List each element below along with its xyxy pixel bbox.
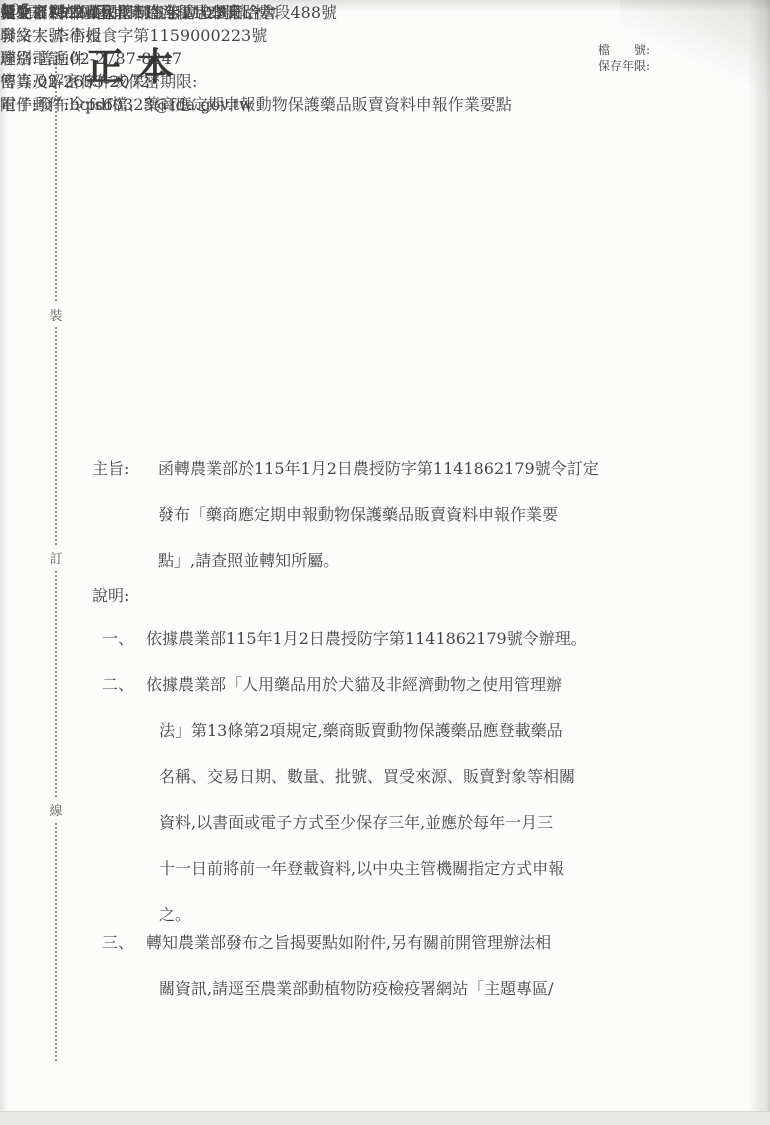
description-item-number: 一、 <box>102 626 134 649</box>
security-level: 密等及解密條件或保密期限: <box>0 69 512 92</box>
archive-number-block: 檔 號: 保存年限: <box>598 42 650 74</box>
attachment-line: 附件:發布令pdf檔、藥商應定期申報動物保護藥品販賣資料申報作業要點 <box>0 92 512 115</box>
description-item-line: 轉知農業部發布之旨揭要點如附件,另有關前開管理辦法相 <box>146 930 551 953</box>
subject-label: 主旨: <box>92 456 129 479</box>
scan-edge-right-shadow <box>748 0 770 1125</box>
binding-char-xian: 線 <box>43 798 69 821</box>
description-item-line: 名稱、交易日期、數量、批號、買受來源、販賣對象等相關 <box>159 764 575 787</box>
description-item-line: 十一日前將前一年登載資料,以中央主管機關指定方式申報 <box>159 856 564 879</box>
description-item-line: 之。 <box>159 902 191 925</box>
scanned-official-letter-page: 裝 訂 線 正本 檔 號: 保存年限: 衛生福利部 函 地址:115204臺北市… <box>0 0 770 1125</box>
description-item-line: 依據農業部115年1月2日農授防字第1141862179號令辦理。 <box>146 626 587 649</box>
speed-level: 速別:普通件 <box>0 46 512 69</box>
issue-number: 發文字號:衛授食字第1159000223號 <box>0 23 512 46</box>
binding-char-zhuang: 裝 <box>43 303 69 326</box>
description-item-line: 資料,以書面或電子方式至少保存三年,並應於每年一月三 <box>159 810 553 833</box>
retention-period-label: 保存年限: <box>598 58 650 74</box>
subject-line: 點」,請查照並轉知所屬。 <box>158 548 339 571</box>
scan-edge-left <box>0 0 8 1125</box>
description-item-number: 二、 <box>102 672 134 695</box>
description-item-number: 三、 <box>102 930 134 953</box>
file-number-label: 檔 號: <box>598 42 650 58</box>
page-footer: 第1頁 共2頁 <box>0 0 100 23</box>
subject-line: 函轉農業部於115年1月2日農授防字第1141862179號令訂定 <box>158 456 599 479</box>
description-label: 說明: <box>92 583 129 606</box>
subject-line: 發布「藥商應定期申報動物保護藥品販賣資料申報作業要 <box>158 502 558 525</box>
description-item-line: 關資訊,請逕至農業部動植物防疫檢疫署網站「主題專區/ <box>159 976 553 999</box>
scan-edge-bottom <box>0 1111 770 1125</box>
binding-char-ding: 訂 <box>43 546 69 569</box>
description-item-line: 法」第13條第2項規定,藥商販賣動物保護藥品應登載藥品 <box>159 718 563 741</box>
description-item-line: 依據農業部「人用藥品用於犬貓及非經濟動物之使用管理辦 <box>146 672 562 695</box>
